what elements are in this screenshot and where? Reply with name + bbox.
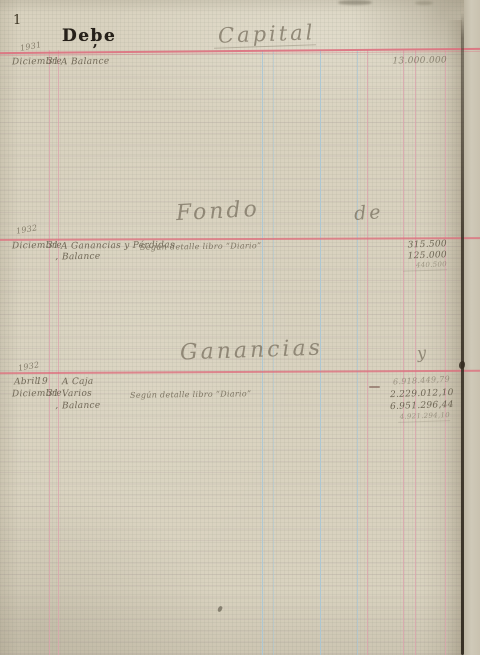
section-rule-ganancias xyxy=(0,370,480,374)
entry-detail: Según detalle libro “Diario” xyxy=(140,241,261,252)
section3-title: Ganancias xyxy=(180,336,324,366)
entry-amount: 2.229.012,10 xyxy=(390,388,452,400)
entry-month: Abril xyxy=(14,377,38,388)
section2-total: 440.500 xyxy=(403,260,447,272)
next-page-edge xyxy=(464,0,480,655)
section2-year: 1932 xyxy=(15,223,38,236)
page-edge-line xyxy=(461,12,464,655)
entry-day: 31 xyxy=(47,241,59,251)
entry-amount: 13.000.000 xyxy=(389,55,447,66)
account-title-capital: Capital xyxy=(218,20,316,47)
entry-amount: 6.951.296,44 xyxy=(390,400,452,412)
section3-title-continuation: y xyxy=(416,342,430,362)
entry-text: A Balance xyxy=(61,57,110,68)
entry-text: Varios xyxy=(62,389,92,400)
column-rule-pink-1 xyxy=(367,50,368,655)
debe-stamp: Debe xyxy=(62,26,116,46)
column-rule-date-left xyxy=(49,50,50,655)
column-rule-pink-3 xyxy=(415,50,416,655)
ledger-page: 1 Debe , Capital 1931 Diciembre 31 A Bal… xyxy=(0,0,480,655)
top-smudge xyxy=(338,0,372,5)
page-number: 1 xyxy=(13,13,21,28)
column-rule-date-right xyxy=(58,50,59,655)
column-rule-blue-4 xyxy=(357,50,358,655)
section3-year: 1932 xyxy=(17,360,40,373)
entry-day: 31 xyxy=(47,57,59,67)
section2-title: Fondo xyxy=(175,197,260,226)
quadrille-grid xyxy=(0,0,480,655)
ink-blot xyxy=(217,605,223,612)
top-smudge-2 xyxy=(415,1,433,5)
column-rule-pink-2 xyxy=(403,50,404,655)
page-edge-shading xyxy=(446,20,462,655)
entry-day: 31 xyxy=(47,389,59,399)
amount-dash xyxy=(369,386,380,388)
entry-day: 19 xyxy=(36,377,48,387)
entry-text: A Caja xyxy=(62,377,94,388)
entry-text: Balance xyxy=(62,252,101,263)
entry-amount: 315.500 xyxy=(397,239,447,251)
debe-stamp-tail: , xyxy=(93,35,99,50)
entry-detail: Según detalle libro “Diario” xyxy=(130,389,251,400)
section2-title-continuation: de xyxy=(353,201,384,225)
section3-total: 4.921.294,10 xyxy=(398,411,450,423)
entry-amount: 6.918.449,79 xyxy=(392,374,450,386)
entry-text: Balance xyxy=(62,401,101,412)
